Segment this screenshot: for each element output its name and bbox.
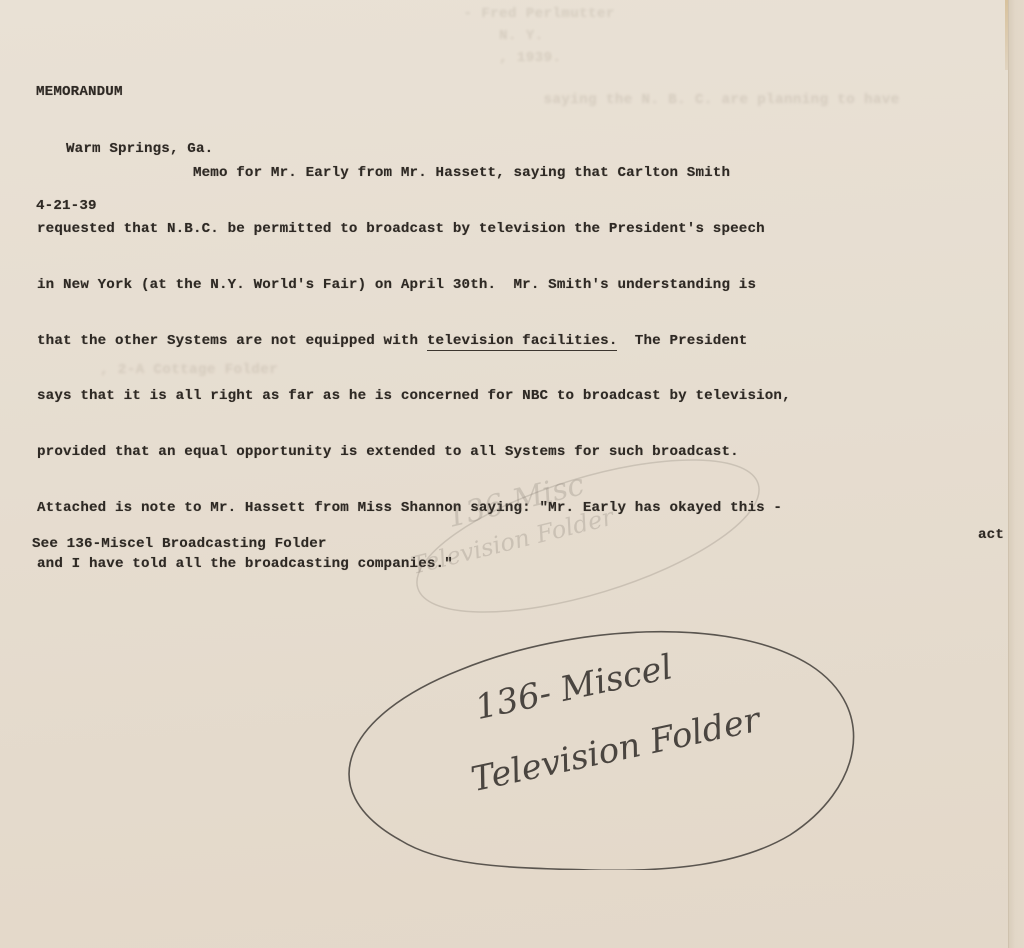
body-line-3: in New York (at the N.Y. World's Fair) o… [37,276,791,295]
body-line-2: requested that N.B.C. be permitted to br… [37,220,791,239]
bleed-through-line-1: - Fred Perlmutter [330,6,615,22]
body-line-5: says that it is all right as far as he i… [37,387,791,406]
typist-initials: act [978,526,1004,545]
bleed-through-line-3: , 1939. [330,50,561,66]
bleed-through-line-4: saying the N. B. C. are planning to have [330,92,900,108]
bleed-through-line-2: N. Y. [330,28,544,44]
cross-reference: See 136-Miscel Broadcasting Folder [32,535,327,554]
underlined-phrase: television facilities. [427,333,618,351]
body-line-4: that the other Systems are not equipped … [37,332,791,351]
body-line-4-start: that the other Systems are not equipped … [37,333,427,349]
body-line-1: Memo for Mr. Early from Mr. Hassett, say… [37,164,791,183]
body-line-4-tail: The President [617,333,747,349]
underlying-page-edge [1008,0,1024,948]
memo-title: MEMORANDUM [36,83,213,102]
